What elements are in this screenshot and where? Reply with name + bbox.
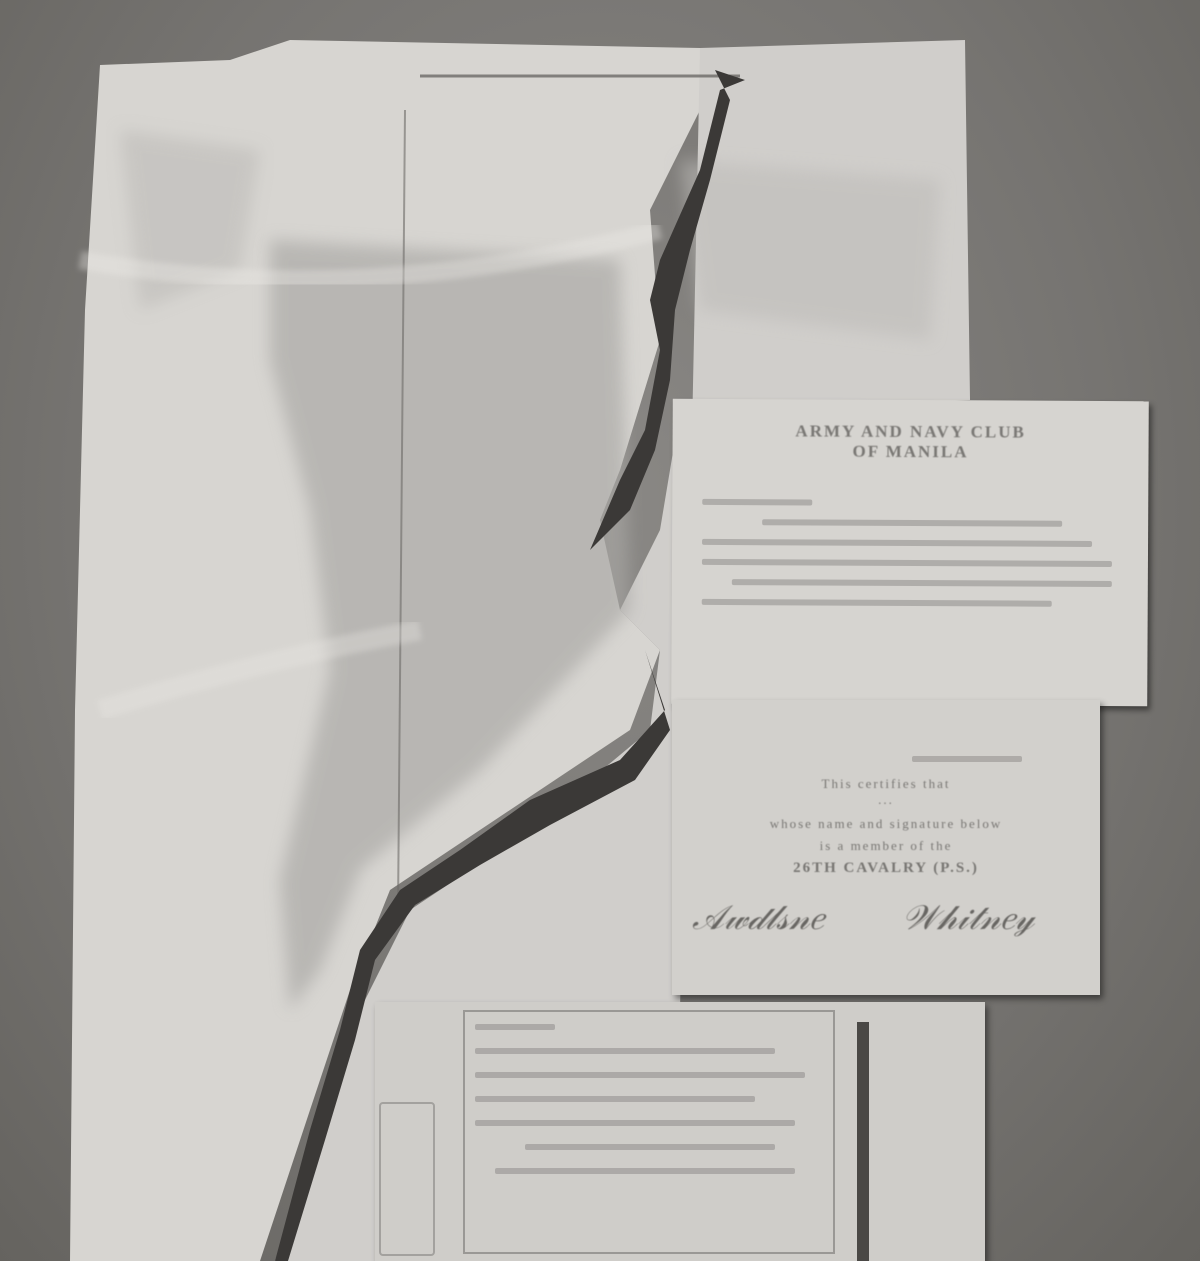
card-shadow-edge [857, 1022, 869, 1261]
card-title-line2: OF MANILA [672, 441, 1148, 463]
certificate-line: is a member of the [672, 838, 1100, 854]
certificate-line: whose name and signature below [672, 816, 1100, 832]
card-title-line1: ARMY AND NAVY CLUB [673, 421, 1149, 443]
certificate-line: This certifies that [672, 776, 1100, 792]
unit-name: 26TH CAVALRY (P.S.) [672, 860, 1100, 877]
certificate-line: ... [672, 792, 1100, 808]
unit-certificate-card: This certifies that ... whose name and s… [672, 700, 1100, 995]
photograph: ARMY AND NAVY CLUB OF MANILA This certif… [0, 0, 1200, 1261]
card-stub [379, 1102, 435, 1256]
card-form [463, 1010, 835, 1254]
identification-card [375, 1002, 985, 1261]
signature-right: 𝒲𝒽𝒾𝓉𝓃𝑒𝓎 [902, 900, 1034, 938]
club-membership-card: ARMY AND NAVY CLUB OF MANILA [671, 399, 1149, 706]
signature-left: 𝒜𝓌𝒹𝓁𝓈𝓃𝑒 [692, 900, 824, 938]
